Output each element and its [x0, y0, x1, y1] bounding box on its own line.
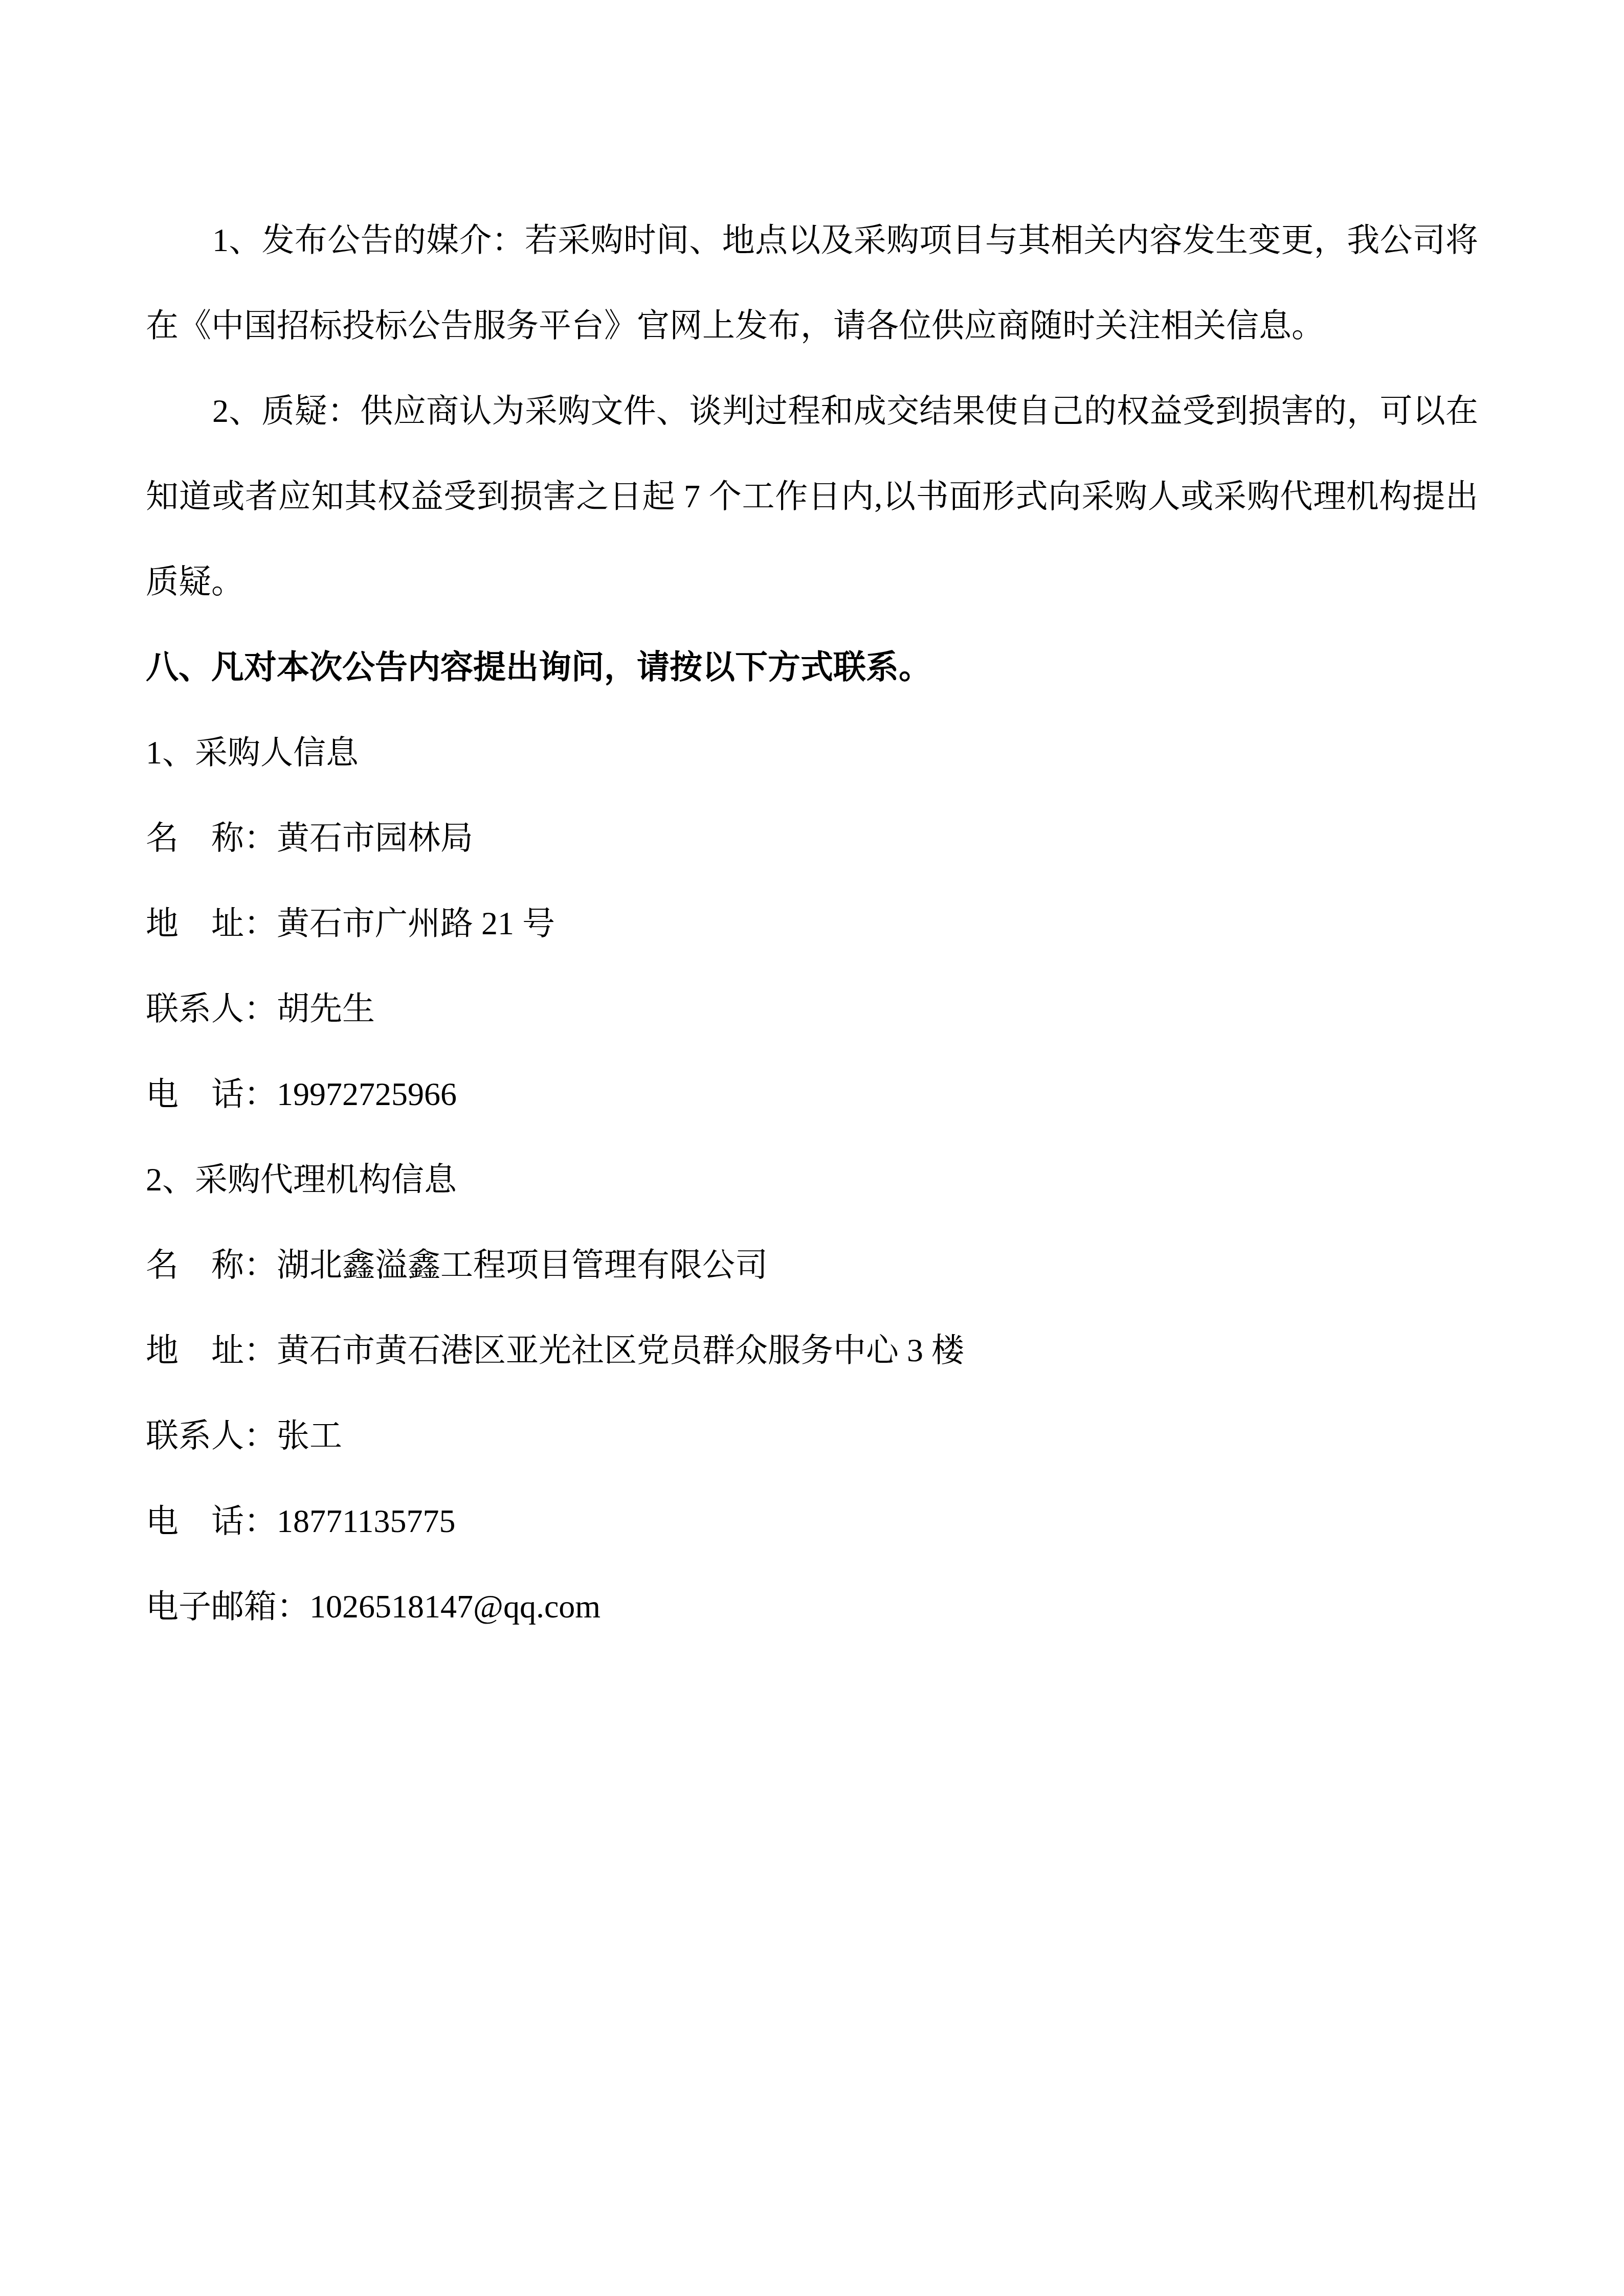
- heading-contact-section: 八、凡对本次公告内容提出询问，请按以下方式联系。: [146, 624, 1478, 710]
- line-agency-contact: 联系人：张工: [146, 1393, 1478, 1478]
- line-agency-phone: 电 话：18771135775: [146, 1478, 1478, 1564]
- para-announcement-media: 1、发布公告的媒介：若采购时间、地点以及采购项目与其相关内容发生变更，我公司将在…: [146, 197, 1478, 368]
- line-purchaser-name: 名 称：黄石市园林局: [146, 795, 1478, 881]
- line-agency-info-title: 2、采购代理机构信息: [146, 1137, 1478, 1222]
- line-agency-address: 地 址：黄石市黄石港区亚光社区党员群众服务中心 3 楼: [146, 1308, 1478, 1393]
- line-purchaser-info-title: 1、采购人信息: [146, 710, 1478, 795]
- line-agency-email: 电子邮箱：1026518147@qq.com: [146, 1564, 1478, 1649]
- document-page: 1、发布公告的媒介：若采购时间、地点以及采购项目与其相关内容发生变更，我公司将在…: [0, 0, 1624, 2296]
- line-purchaser-address: 地 址：黄石市广州路 21 号: [146, 881, 1478, 966]
- line-agency-name: 名 称：湖北鑫溢鑫工程项目管理有限公司: [146, 1222, 1478, 1308]
- para-challenge-rights: 2、质疑：供应商认为采购文件、谈判过程和成交结果使自己的权益受到损害的，可以在知…: [146, 368, 1478, 624]
- document-body: 1、发布公告的媒介：若采购时间、地点以及采购项目与其相关内容发生变更，我公司将在…: [0, 0, 1624, 1649]
- line-purchaser-phone: 电 话：19972725966: [146, 1051, 1478, 1137]
- line-purchaser-contact: 联系人：胡先生: [146, 966, 1478, 1051]
